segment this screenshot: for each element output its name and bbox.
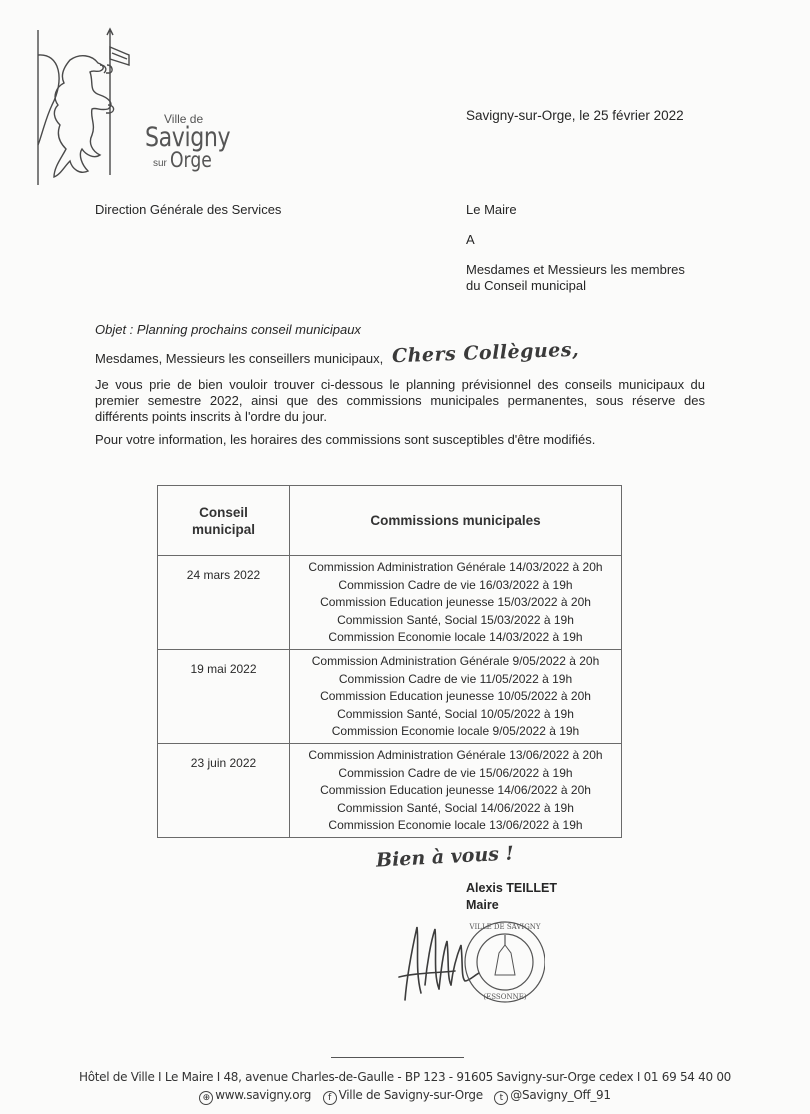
handwritten-greeting: Chers Collègues, <box>392 339 580 368</box>
signer-title: Maire <box>466 897 499 913</box>
schedule-table: Conseil municipal Commissions municipale… <box>157 485 622 838</box>
stamp-bottom-text: (ESSONNE) <box>483 993 526 1001</box>
commission-entry: Commission Cadre de vie 15/06/2022 à 19h <box>290 765 621 783</box>
recipient-line-2: du Conseil municipal <box>466 278 586 294</box>
date-line: Savigny-sur-Orge, le 25 février 2022 <box>466 108 684 124</box>
subject-line: Objet : Planning prochains conseil munic… <box>95 322 361 338</box>
commission-entry: Commission Economie locale 9/05/2022 à 1… <box>290 723 621 741</box>
table-header-row: Conseil municipal Commissions municipale… <box>158 486 622 556</box>
header-conseil-municipal: Conseil municipal <box>158 486 290 556</box>
sender-department: Direction Générale des Services <box>95 202 281 218</box>
signature-and-stamp: VILLE DE SAVIGNY (ESSONNE) <box>395 915 545 1010</box>
footer-facebook[interactable]: Ville de Savigny-sur-Orge <box>339 1088 483 1102</box>
table-row: 24 mars 2022Commission Administration Gé… <box>158 556 622 650</box>
footer-twitter[interactable]: @Savigny_Off_91 <box>510 1088 610 1102</box>
recipient-to: A <box>466 232 475 248</box>
conseil-date-cell: 19 mai 2022 <box>158 649 290 743</box>
commission-entry: Commission Economie locale 14/03/2022 à … <box>290 629 621 647</box>
footer-links: ⊕www.savigny.org fVille de Savigny-sur-O… <box>0 1088 810 1105</box>
logo-text-orge: Orge <box>170 148 212 172</box>
body-paragraph-2: Pour votre information, les horaires des… <box>95 432 595 448</box>
commission-entry: Commission Education jeunesse 14/06/2022… <box>290 782 621 800</box>
city-stamp <box>465 922 545 1002</box>
header-label: Conseil municipal <box>179 504 269 538</box>
footer-address: Hôtel de Ville I Le Maire I 48, avenue C… <box>0 1070 810 1084</box>
table-row: 19 mai 2022Commission Administration Gén… <box>158 649 622 743</box>
commission-entry: Commission Education jeunesse 10/05/2022… <box>290 688 621 706</box>
commission-entry: Commission Education jeunesse 15/03/2022… <box>290 594 621 612</box>
signature-icon: VILLE DE SAVIGNY (ESSONNE) <box>395 915 545 1010</box>
signer-name: Alexis TEILLET <box>466 880 557 896</box>
commissions-cell: Commission Administration Générale 9/05/… <box>290 649 622 743</box>
commission-entry: Commission Administration Générale 13/06… <box>290 747 621 765</box>
commission-entry: Commission Administration Générale 9/05/… <box>290 653 621 671</box>
twitter-icon: t <box>494 1091 508 1105</box>
city-logo: Ville de Savigny sur Orge <box>30 25 210 190</box>
commission-entry: Commission Cadre de vie 11/05/2022 à 19h <box>290 671 621 689</box>
conseil-date-cell: 23 juin 2022 <box>158 743 290 837</box>
header-commissions-municipales: Commissions municipales <box>290 486 622 556</box>
table-row: 23 juin 2022Commission Administration Gé… <box>158 743 622 837</box>
commission-entry: Commission Economie locale 13/06/2022 à … <box>290 817 621 835</box>
commissions-cell: Commission Administration Générale 13/06… <box>290 743 622 837</box>
commission-entry: Commission Santé, Social 14/06/2022 à 19… <box>290 800 621 818</box>
conseil-date-cell: 24 mars 2022 <box>158 556 290 650</box>
commission-entry: Commission Cadre de vie 16/03/2022 à 19h <box>290 577 621 595</box>
logo-text-sur: sur <box>153 158 167 169</box>
footer-divider <box>331 1057 464 1058</box>
commission-entry: Commission Santé, Social 10/05/2022 à 19… <box>290 706 621 724</box>
salutation: Mesdames, Messieurs les conseillers muni… <box>95 351 383 367</box>
commission-entry: Commission Administration Générale 14/03… <box>290 559 621 577</box>
facebook-icon: f <box>323 1091 337 1105</box>
handwritten-closing: Bien à vous ! <box>376 842 515 871</box>
stamp-top-text: VILLE DE SAVIGNY <box>468 923 540 931</box>
lion-emblem-icon <box>30 25 150 190</box>
recipient-line-1: Mesdames et Messieurs les membres <box>466 262 685 278</box>
commission-entry: Commission Santé, Social 15/03/2022 à 19… <box>290 612 621 630</box>
recipient-from: Le Maire <box>466 202 517 218</box>
footer-website[interactable]: www.savigny.org <box>215 1088 311 1102</box>
globe-icon: ⊕ <box>199 1091 213 1105</box>
body-paragraph-1: Je vous prie de bien vouloir trouver ci-… <box>95 377 705 425</box>
commissions-cell: Commission Administration Générale 14/03… <box>290 556 622 650</box>
